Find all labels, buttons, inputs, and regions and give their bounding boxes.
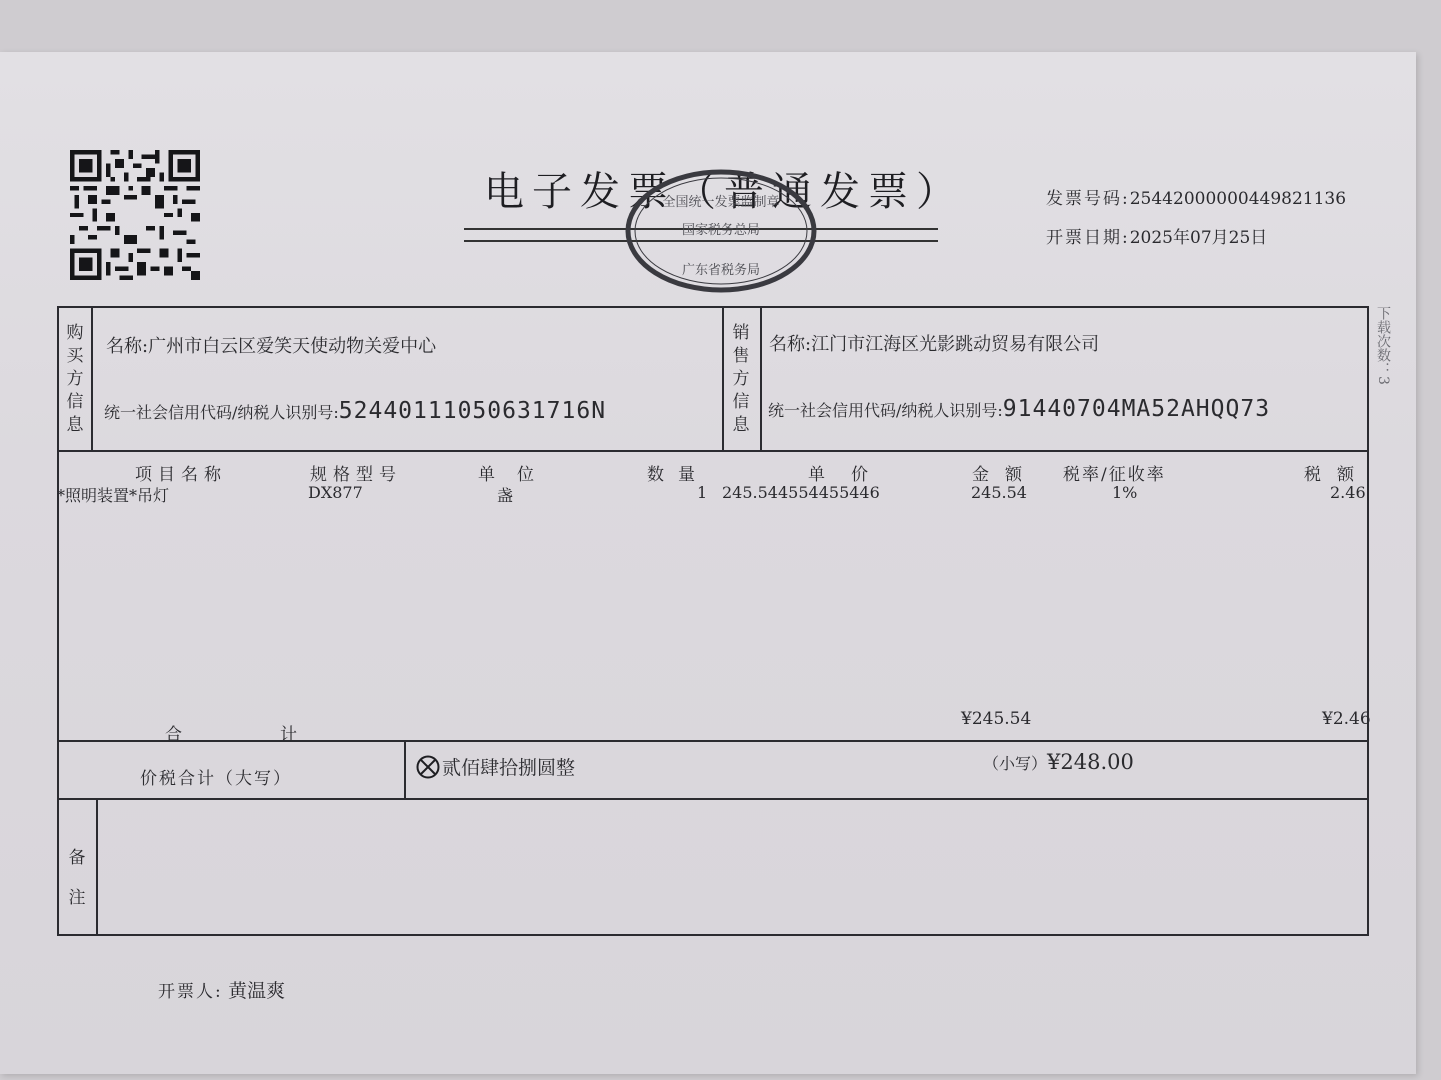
- header-amount: 金额: [972, 460, 1038, 485]
- invoice-date-label: 开票日期:: [1046, 228, 1130, 248]
- grand-total-small: （小写）¥248.00: [983, 750, 1134, 774]
- grand-total-divider: [404, 740, 406, 798]
- seller-name: 名称:江门市江海区光影跳动贸易有限公司: [769, 330, 1099, 356]
- header-tax-rate: 税率/征收率: [1063, 460, 1166, 485]
- item-tax: 2.46: [1330, 483, 1366, 502]
- header-price: 单价: [808, 460, 894, 485]
- download-count: 下载次数：3: [1374, 306, 1392, 385]
- buyer-tax-id: 统一社会信用代码/纳税人识别号:52440111050631716N: [104, 398, 606, 424]
- circle-x-icon: [416, 755, 440, 779]
- invoice-date-value: 2025年07月25日: [1130, 228, 1268, 248]
- issuer: 开票人: 黄温爽: [158, 976, 285, 1003]
- grand-total-small-label: （小写）: [983, 754, 1047, 773]
- item-name: *照明装置*吊灯: [57, 483, 169, 506]
- header-qty: 数量: [647, 460, 709, 485]
- seal-top-text: 全国统一发票监制章: [662, 194, 779, 210]
- seller-name-value: 江门市江海区光影跳动贸易有限公司: [811, 334, 1099, 355]
- total-tax: ¥2.46: [1322, 709, 1371, 729]
- total-amount: ¥245.54: [961, 709, 1031, 729]
- issuer-name: 黄温爽: [228, 980, 285, 1002]
- qr-code-icon: [68, 150, 202, 280]
- divider-grand-total: [57, 798, 1369, 800]
- total-label: 合 计: [165, 720, 303, 745]
- seller-section-label: 销 售 方 信 息: [731, 322, 751, 437]
- item-tax-rate: 1%: [1112, 483, 1137, 502]
- buyer-tax-id-value: 52440111050631716N: [339, 398, 606, 424]
- item-amount: 245.54: [971, 483, 1027, 502]
- item-qty: 1: [697, 483, 707, 502]
- seller-tax-id-value: 91440704MA52AHQQ73: [1003, 396, 1270, 422]
- divider-parties: [57, 450, 1369, 452]
- remarks-content: [100, 802, 1365, 932]
- header-unit: 单位: [478, 460, 556, 485]
- buyer-name: 名称:广州市白云区爱笑天使动物关爱中心: [106, 332, 436, 358]
- grand-total-label: 价税合计（大写）: [140, 764, 292, 789]
- buyer-name-value: 广州市白云区爱笑天使动物关爱中心: [148, 336, 436, 357]
- seal-bottom-text: 广东省税务局: [682, 262, 760, 278]
- item-unit: 盏: [497, 483, 513, 506]
- header-item-name: 项目名称: [135, 460, 227, 485]
- grand-total-small-value: ¥248.00: [1047, 750, 1134, 774]
- item-spec: DX877: [308, 483, 363, 502]
- buyer-section-label: 购 买 方 信 息: [65, 322, 85, 437]
- seller-tax-id: 统一社会信用代码/纳税人识别号:91440704MA52AHQQ73: [768, 396, 1270, 422]
- invoice-number: 发票号码:25442000000449821136: [1046, 184, 1346, 209]
- buyer-label-divider: [91, 306, 93, 450]
- remarks-label: 备 注: [67, 838, 87, 918]
- header-tax: 税额: [1304, 460, 1370, 485]
- seller-label-divider: [760, 306, 762, 450]
- remarks-label-divider: [96, 798, 98, 936]
- issuer-label: 开票人:: [158, 982, 223, 1002]
- grand-total-upper-value: 贰佰肆拾捌圆整: [442, 757, 575, 779]
- invoice-date: 开票日期:2025年07月25日: [1046, 223, 1267, 248]
- tax-bureau-seal-icon: 全国统一发票监制章 国家税务总局 广东省税务局: [624, 168, 818, 294]
- invoice-number-label: 发票号码:: [1046, 189, 1130, 209]
- seal-middle-text: 国家税务总局: [682, 223, 760, 238]
- invoice-number-value: 25442000000449821136: [1130, 189, 1346, 209]
- header-spec: 规格型号: [310, 460, 402, 485]
- item-price: 245.544554455446: [722, 483, 880, 502]
- grand-total-upper: 贰佰肆拾捌圆整: [416, 753, 575, 780]
- party-divider: [722, 306, 724, 450]
